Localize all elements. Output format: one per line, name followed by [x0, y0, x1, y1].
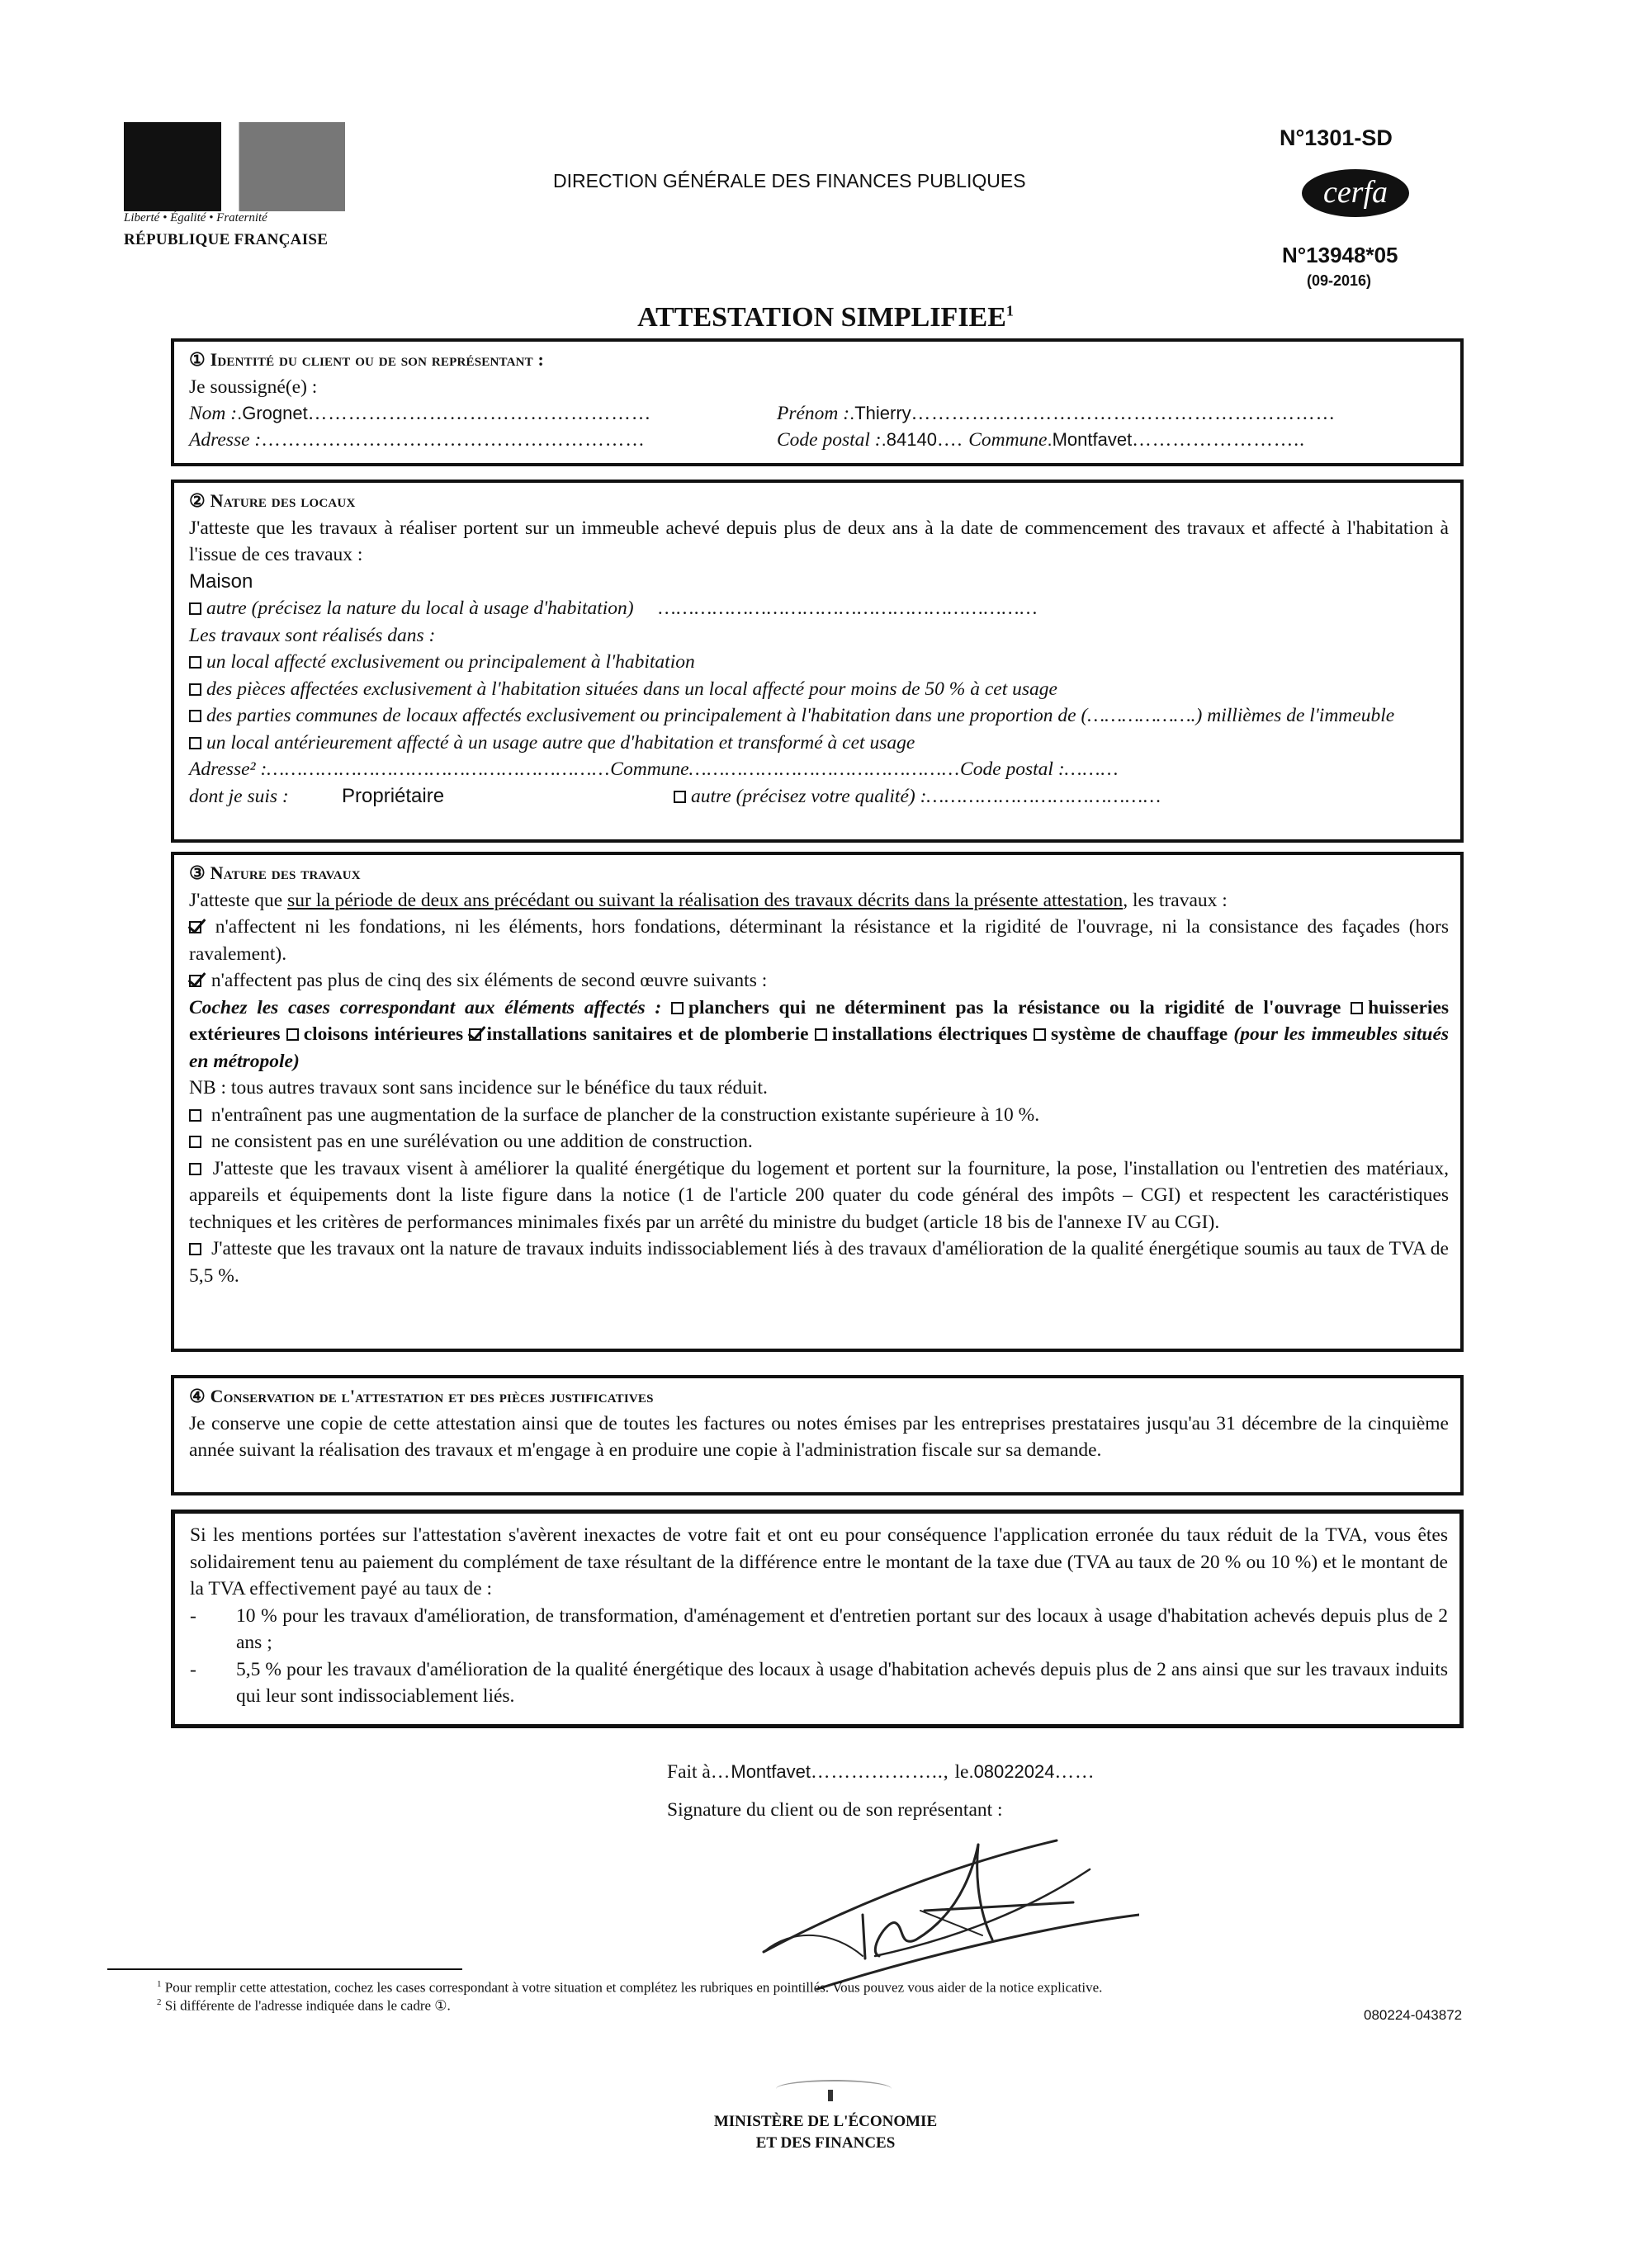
page-title: ATTESTATION SIMPLIFIEE1 — [0, 302, 1651, 333]
section-heading: ④ Conservation de l'attestation et des p… — [189, 1383, 1449, 1410]
element-checkbox-chauffage[interactable] — [1034, 1028, 1046, 1041]
commune2-field[interactable]: ……………………………………… — [689, 758, 960, 780]
fait-a-label: Fait à — [667, 1761, 711, 1783]
section-heading: ③ Nature des travaux — [189, 860, 1449, 887]
autre-qualite-checkbox[interactable] — [674, 791, 686, 803]
le-label: le — [954, 1761, 968, 1783]
option-checkbox[interactable] — [189, 683, 201, 696]
element-checkbox-planchers[interactable] — [671, 1002, 684, 1014]
adresse-label: Adresse : — [189, 429, 261, 451]
fondations-checkbox[interactable] — [189, 921, 201, 933]
section-heading: ① Identité du client ou de son représent… — [189, 347, 1449, 374]
warning-bullet: -10 % pour les travaux d'amélioration, d… — [190, 1603, 1448, 1656]
nom-field[interactable]: .Grognet — [237, 403, 308, 423]
autre-qualite-label: autre (précisez votre qualité) : — [691, 786, 926, 807]
option-label: un local antérieurement affecté à un usa… — [206, 732, 915, 754]
element-label: planchers qui ne déterminent pas la rési… — [688, 997, 1341, 1018]
elements-intro: Cochez les cases correspondant aux éléme… — [189, 997, 661, 1018]
code-postal2-label: Code postal : — [960, 758, 1065, 780]
cerfa-number: N°13948*05 — [1282, 243, 1398, 268]
element-checkbox-huisseries[interactable] — [1351, 1002, 1363, 1014]
intro-underlined: sur la période de deux ans précédant ou … — [287, 890, 1123, 911]
footnote-divider — [107, 1968, 462, 1970]
section-conservation: ④ Conservation de l'attestation et des p… — [171, 1375, 1464, 1495]
date-field[interactable]: .08022024 — [968, 1761, 1054, 1782]
fondations-label: n'affectent ni les fondations, ni les él… — [189, 916, 1449, 965]
section-nature-travaux: ③ Nature des travaux J'atteste que sur l… — [171, 852, 1464, 1352]
element-label: installations électriques — [832, 1023, 1028, 1045]
signature-label: Signature du client ou de son représenta… — [667, 1799, 1003, 1821]
commune-field[interactable]: .Montfavet — [1047, 429, 1132, 450]
cerfa-date: (09-2016) — [1307, 272, 1371, 290]
section-identity: ① Identité du client ou de son représent… — [171, 338, 1464, 466]
code-postal-label: Code postal : — [777, 429, 882, 451]
conservation-text: Je conserve une copie de cette attestati… — [189, 1410, 1449, 1464]
prenom-label: Prénom : — [777, 403, 849, 424]
warning-bullet: -5,5 % pour les travaux d'amélioration d… — [190, 1656, 1448, 1710]
intro-prefix: J'atteste que — [189, 890, 287, 911]
document-reference: 080224-043872 — [1364, 2007, 1462, 2024]
title-text: ATTESTATION SIMPLIFIEE — [637, 302, 1006, 333]
logo-motto: Liberté • Égalité • Fraternité — [124, 211, 345, 225]
cerfa-logo: cerfa — [1302, 169, 1409, 217]
induits-checkbox[interactable] — [189, 1243, 201, 1255]
footnote-1: 1 Pour remplir cette attestation, cochez… — [157, 1979, 1102, 1996]
logo-name: RÉPUBLIQUE FRANÇAISE — [124, 231, 345, 249]
commune2-label: Commune — [610, 758, 688, 780]
option-checkbox[interactable] — [189, 737, 201, 749]
code-postal2-field[interactable]: ……… — [1065, 758, 1119, 780]
realises-label: Les travaux sont réalisés dans : — [189, 622, 1449, 650]
element-label: installations sanitaires et de plomberie — [486, 1023, 808, 1045]
adresse2-label: Adresse² : — [189, 758, 267, 780]
energie-checkbox[interactable] — [189, 1163, 201, 1175]
element-checkbox-electriques[interactable] — [815, 1028, 827, 1041]
surelevation-checkbox[interactable] — [189, 1136, 201, 1148]
second-oeuvre-label: n'affectent pas plus de cinq des six élé… — [211, 970, 767, 991]
marianne-emblem-icon — [124, 122, 345, 211]
autre-label: autre (précisez la nature du local à usa… — [206, 598, 634, 619]
surelevation-label: ne consistent pas en une surélévation ou… — [211, 1131, 753, 1152]
intro-text: J'atteste que les travaux à réaliser por… — [189, 515, 1449, 569]
option-checkbox[interactable] — [189, 656, 201, 669]
surface-label: n'entraînent pas une augmentation de la … — [211, 1104, 1039, 1126]
nom-label: Nom : — [189, 403, 237, 424]
element-checkbox-sanitaires[interactable] — [469, 1028, 481, 1041]
ministry-emblem-icon — [828, 2090, 833, 2101]
commune-label: Commune — [968, 429, 1047, 451]
second-oeuvre-checkbox[interactable] — [189, 975, 201, 987]
handwritten-signature[interactable] — [726, 1836, 1139, 1993]
footnote-2: 2 Si différente de l'adresse indiquée da… — [157, 1997, 451, 2015]
marianne-logo: Liberté • Égalité • Fraternité RÉPUBLIQU… — [124, 122, 345, 258]
ministry-name: MINISTÈRE DE L'ÉCONOMIE ET DES FINANCES — [0, 2111, 1651, 2154]
warning-text: Si les mentions portées sur l'attestatio… — [190, 1522, 1448, 1603]
qualite-field[interactable]: Propriétaire — [342, 783, 444, 810]
fait-a-field[interactable]: Montfavet — [731, 1761, 811, 1782]
code-postal-field[interactable]: .84140 — [882, 429, 937, 450]
prenom-field[interactable]: .Thierry — [849, 403, 911, 423]
qualite-label: dont je suis : — [189, 783, 289, 810]
ministry-arc-icon — [776, 2080, 892, 2098]
warning-box: Si les mentions portées sur l'attestatio… — [171, 1510, 1464, 1728]
element-label: système de chauffage — [1051, 1023, 1228, 1045]
nb-text: NB : tous autres travaux sont sans incid… — [189, 1075, 1449, 1102]
intro-suffix: , les travaux : — [1123, 890, 1228, 911]
energie-label: J'atteste que les travaux visent à améli… — [189, 1158, 1449, 1233]
element-checkbox-cloisons[interactable] — [286, 1028, 299, 1041]
option-label: un local affecté exclusivement ou princi… — [206, 651, 695, 673]
title-footnote-mark: 1 — [1006, 303, 1014, 319]
option-checkbox[interactable] — [189, 710, 201, 722]
form-number: N°1301-SD — [1280, 125, 1393, 151]
intro-text: Je soussigné(e) : — [189, 374, 1449, 401]
surface-checkbox[interactable] — [189, 1109, 201, 1122]
autre-checkbox[interactable] — [189, 602, 201, 615]
local-type-field[interactable]: Maison — [189, 569, 1449, 596]
section-nature-locaux: ② Nature des locaux J'atteste que les tr… — [171, 480, 1464, 843]
option-label: des parties communes de locaux affectés … — [206, 705, 1394, 726]
option-label: des pièces affectées exclusivement à l'h… — [206, 678, 1057, 700]
section-heading: ② Nature des locaux — [189, 488, 1449, 515]
adresse2-field[interactable]: ………………………………………………… — [267, 758, 610, 780]
element-label: cloisons intérieures — [304, 1023, 463, 1045]
agency-name: DIRECTION GÉNÉRALE DES FINANCES PUBLIQUE… — [553, 170, 1026, 192]
fait-a-line: Fait à…Montfavet……………….., le.08022024…… — [667, 1761, 1095, 1784]
induits-label: J'atteste que les travaux ont la nature … — [189, 1238, 1449, 1287]
